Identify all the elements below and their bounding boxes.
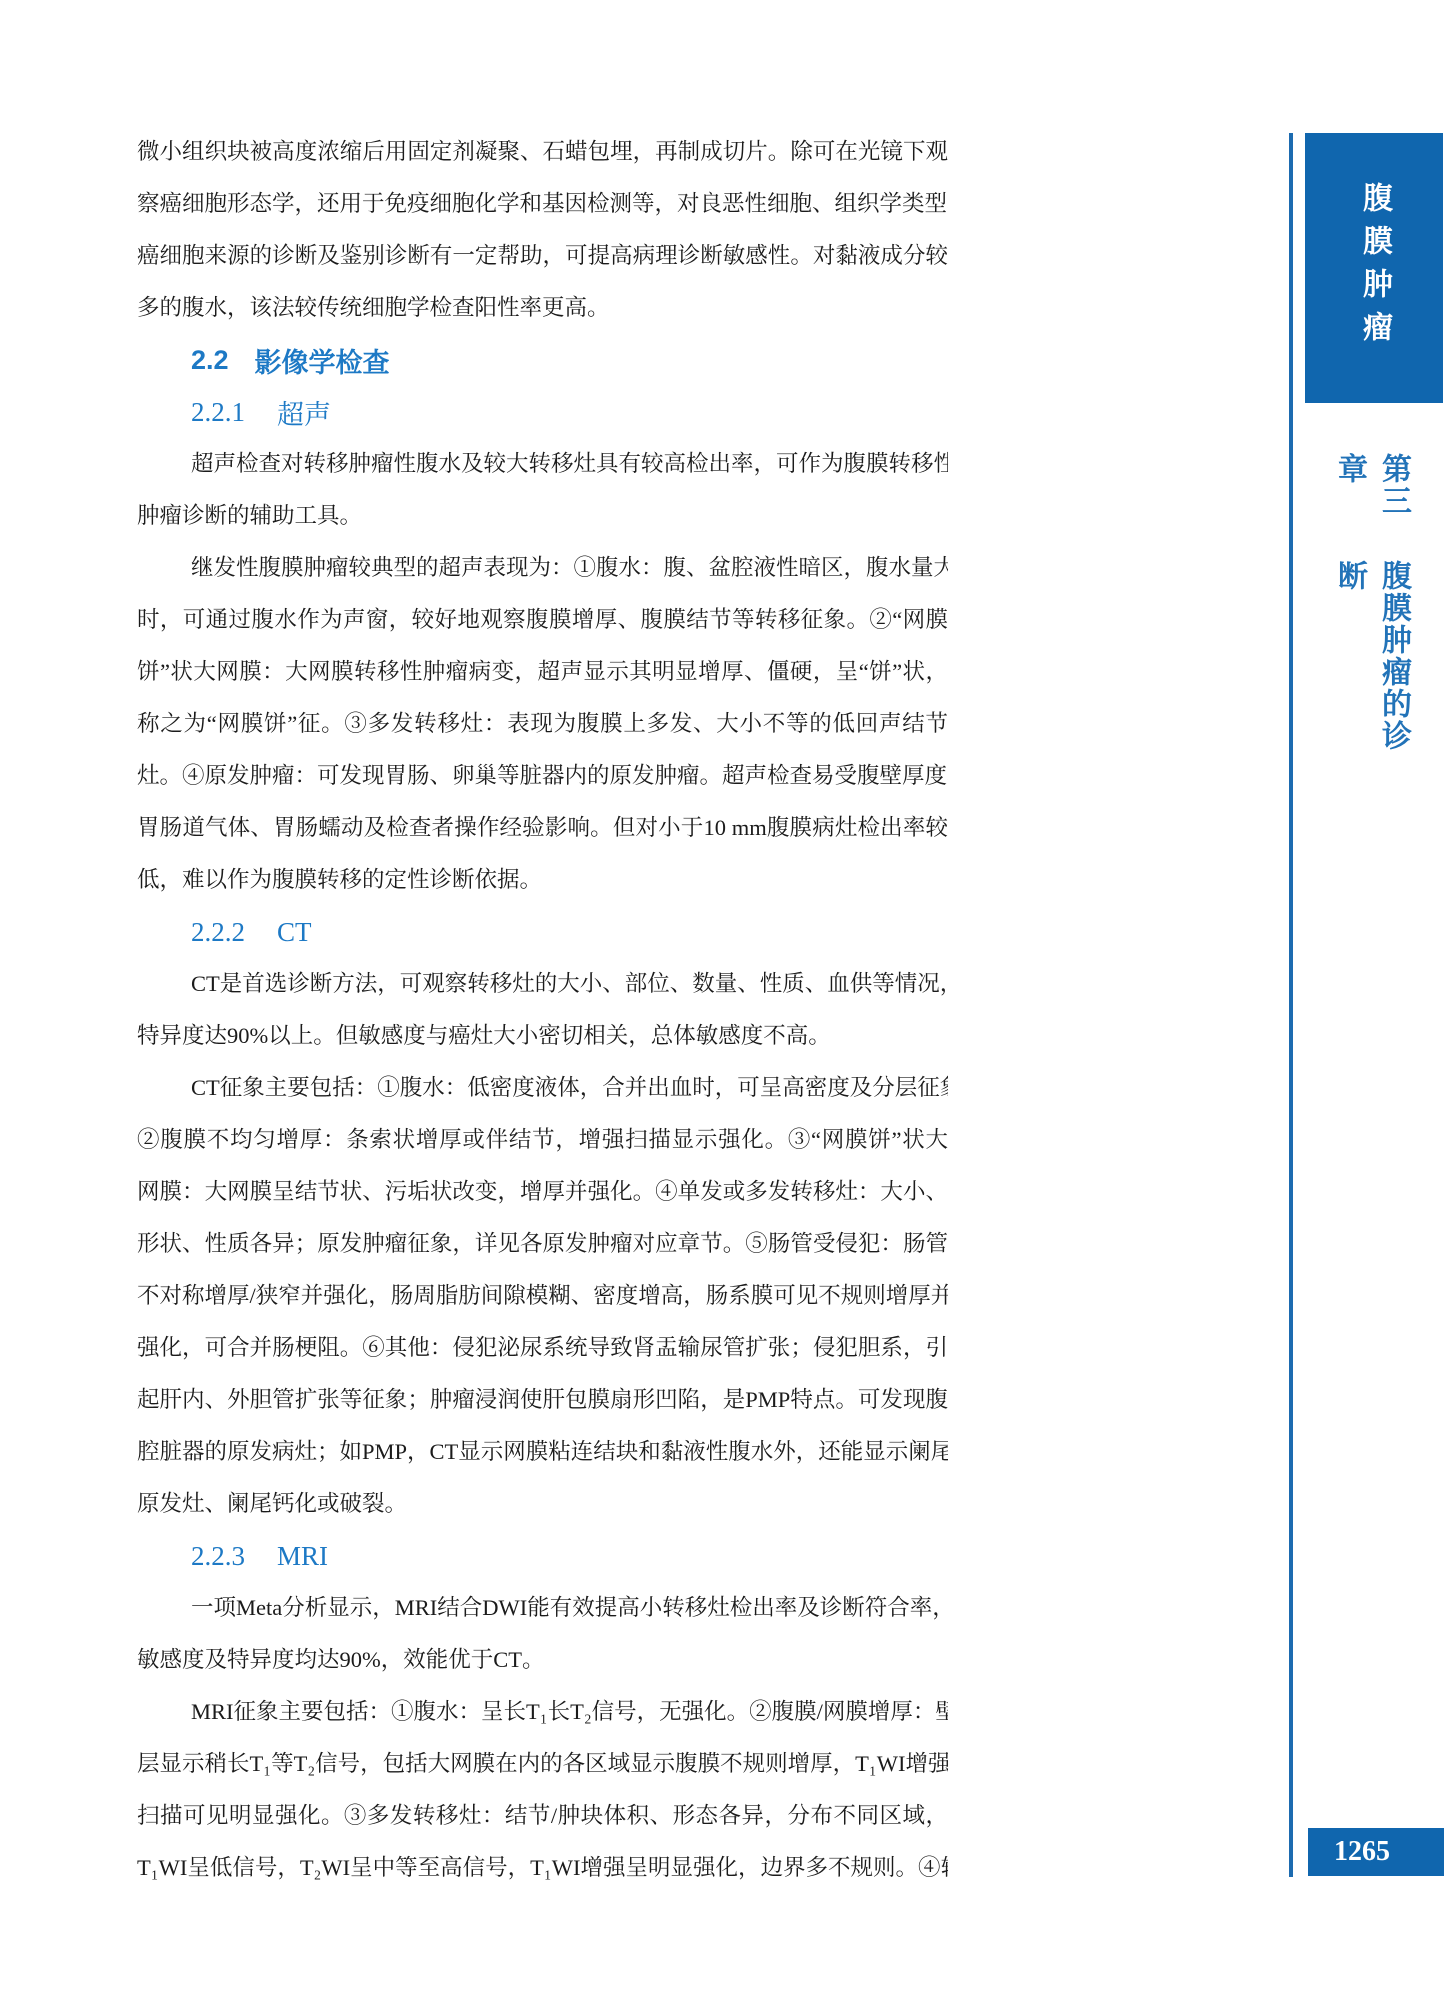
ultrasound-paragraph-2: 继发性腹膜肿瘤较典型的超声表现为：①腹水：腹、盆腔液性暗区，腹水量大 时，可通过… xyxy=(137,542,948,906)
paragraph-line: 时，可通过腹水作为声窗，较好地观察腹膜增厚、腹膜结节等转移征象。②“网膜 xyxy=(137,594,948,646)
subsection-title: MRI xyxy=(277,1541,328,1572)
subsection-number: 2.2.1 xyxy=(191,397,245,428)
subsection-title: CT xyxy=(277,917,312,948)
paragraph-line: 多的腹水，该法较传统细胞学检查阳性率更高。 xyxy=(137,282,948,334)
section-number: 2.2 xyxy=(191,345,229,376)
document-page: 微小组织块被高度浓缩后用固定剂凝聚、石蜡包埋，再制成切片。除可在光镜下观 察癌细… xyxy=(0,0,1444,2010)
paragraph-line: 饼”状大网膜：大网膜转移性肿瘤病变，超声显示其明显增厚、僵硬，呈“饼”状， xyxy=(137,646,948,698)
paragraph-line: 起肝内、外胆管扩张等征象；肿瘤浸润使肝包膜扇形凹陷，是PMP特点。可发现腹 xyxy=(137,1374,948,1426)
paragraph-line: CT是首选诊断方法，可观察转移灶的大小、部位、数量、性质、血供等情况， xyxy=(137,958,948,1010)
part-tab: 腹膜肿瘤 xyxy=(1305,133,1443,403)
paragraph-line: 超声检查对转移肿瘤性腹水及较大转移灶具有较高检出率，可作为腹膜转移性 xyxy=(137,438,948,490)
chapter-number: 第三章 xyxy=(1327,453,1415,548)
ct-paragraph-1: CT是首选诊断方法，可观察转移灶的大小、部位、数量、性质、血供等情况， 特异度达… xyxy=(137,958,948,1062)
paragraph-line: 灶。④原发肿瘤：可发现胃肠、卵巢等脏器内的原发肿瘤。超声检查易受腹壁厚度、 xyxy=(137,750,948,802)
paragraph-line: 胃肠道气体、胃肠蠕动及检查者操作经验影响。但对小于10 mm腹膜病灶检出率较 xyxy=(137,802,948,854)
subsection-number: 2.2.2 xyxy=(191,917,245,948)
paragraph-line: 腔脏器的原发病灶；如PMP，CT显示网膜粘连结块和黏液性腹水外，还能显示阑尾 xyxy=(137,1426,948,1478)
chapter-title: 腹膜肿瘤的诊断 xyxy=(1327,560,1415,783)
page-number: 1265 xyxy=(1334,1836,1390,1868)
paragraph-line: 低，难以作为腹膜转移的定性诊断依据。 xyxy=(137,854,948,906)
paragraph-line: 肿瘤诊断的辅助工具。 xyxy=(137,490,948,542)
chapter-marker: 第三章 腹膜肿瘤的诊断 xyxy=(1349,453,1393,783)
section-heading-imaging: 2.2 影像学检查 xyxy=(137,334,948,386)
subsection-heading-mri: 2.2.3 MRI xyxy=(137,1530,948,1582)
paragraph-line: 察癌细胞形态学，还用于免疫细胞化学和基因检测等，对良恶性细胞、组织学类型、 xyxy=(137,178,948,230)
paragraph-line: 原发灶、阑尾钙化或破裂。 xyxy=(137,1478,948,1530)
paragraph-line: 称之为“网膜饼”征。③多发转移灶：表现为腹膜上多发、大小不等的低回声结节 xyxy=(137,698,948,750)
part-tab-label: 腹膜肿瘤 xyxy=(1352,182,1396,354)
paragraph-line: T₁WI呈低信号，T₂WI呈中等至高信号，T₁WI增强呈明显强化，边界多不规则。… xyxy=(137,1842,948,1894)
paragraph-line: 癌细胞来源的诊断及鉴别诊断有一定帮助，可提高病理诊断敏感性。对黏液成分较 xyxy=(137,230,948,282)
ct-paragraph-2: CT征象主要包括：①腹水：低密度液体，合并出血时，可呈高密度及分层征象。 ②腹膜… xyxy=(137,1062,948,1530)
subsection-heading-ct: 2.2.2 CT xyxy=(137,906,948,958)
paragraph-line: 微小组织块被高度浓缩后用固定剂凝聚、石蜡包埋，再制成切片。除可在光镜下观 xyxy=(137,126,948,178)
paragraph-line: MRI征象主要包括：①腹水：呈长T₁长T₂信号，无强化。②腹膜/网膜增厚：壁 xyxy=(137,1686,948,1738)
paragraph-line: 不对称增厚/狭窄并强化，肠周脂肪间隙模糊、密度增高，肠系膜可见不规则增厚并 xyxy=(137,1270,948,1322)
mri-paragraph-1: 一项Meta分析显示，MRI结合DWI能有效提高小转移灶检出率及诊断符合率， 敏… xyxy=(137,1582,948,1686)
section-title: 影像学检查 xyxy=(255,341,390,380)
intro-paragraph: 微小组织块被高度浓缩后用固定剂凝聚、石蜡包埋，再制成切片。除可在光镜下观 察癌细… xyxy=(137,126,948,334)
paragraph-line: 一项Meta分析显示，MRI结合DWI能有效提高小转移灶检出率及诊断符合率， xyxy=(137,1582,948,1634)
paragraph-line: 扫描可见明显强化。③多发转移灶：结节/肿块体积、形态各异，分布不同区域， xyxy=(137,1790,948,1842)
ultrasound-paragraph-1: 超声检查对转移肿瘤性腹水及较大转移灶具有较高检出率，可作为腹膜转移性 肿瘤诊断的… xyxy=(137,438,948,542)
paragraph-line: CT征象主要包括：①腹水：低密度液体，合并出血时，可呈高密度及分层征象。 xyxy=(137,1062,948,1114)
subsection-heading-ultrasound: 2.2.1 超声 xyxy=(137,386,948,438)
paragraph-line: 特异度达90%以上。但敏感度与癌灶大小密切相关，总体敏感度不高。 xyxy=(137,1010,948,1062)
paragraph-line: 形状、性质各异；原发肿瘤征象，详见各原发肿瘤对应章节。⑤肠管受侵犯：肠管 xyxy=(137,1218,948,1270)
sidebar-rule xyxy=(1289,133,1293,1877)
page-number-badge: 1265 xyxy=(1308,1828,1444,1876)
subsection-title: 超声 xyxy=(277,393,331,432)
mri-paragraph-2: MRI征象主要包括：①腹水：呈长T₁长T₂信号，无强化。②腹膜/网膜增厚：壁 层… xyxy=(137,1686,948,1894)
paragraph-line: ②腹膜不均匀增厚：条索状增厚或伴结节，增强扫描显示强化。③“网膜饼”状大 xyxy=(137,1114,948,1166)
paragraph-line: 继发性腹膜肿瘤较典型的超声表现为：①腹水：腹、盆腔液性暗区，腹水量大 xyxy=(137,542,948,594)
subsection-number: 2.2.3 xyxy=(191,1541,245,1572)
paragraph-line: 层显示稍长T₁等T₂信号，包括大网膜在内的各区域显示腹膜不规则增厚，T₁WI增强 xyxy=(137,1738,948,1790)
body-column: 微小组织块被高度浓缩后用固定剂凝聚、石蜡包埋，再制成切片。除可在光镜下观 察癌细… xyxy=(137,126,948,1894)
paragraph-line: 网膜：大网膜呈结节状、污垢状改变，增厚并强化。④单发或多发转移灶：大小、 xyxy=(137,1166,948,1218)
paragraph-line: 敏感度及特异度均达90%，效能优于CT。 xyxy=(137,1634,948,1686)
paragraph-line: 强化，可合并肠梗阻。⑥其他：侵犯泌尿系统导致肾盂输尿管扩张；侵犯胆系，引 xyxy=(137,1322,948,1374)
